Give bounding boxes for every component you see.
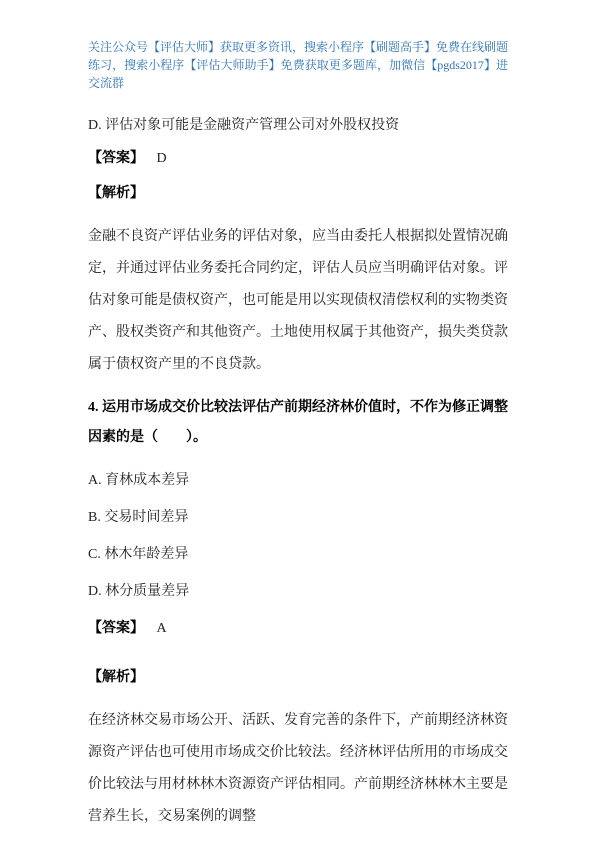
- q3-analysis-text: 金融不良资产评估业务的评估对象，应当由委托人根据拟处置情况确定，并通过评估业务委…: [88, 221, 508, 381]
- q4-analysis-label: 【解析】: [88, 668, 508, 687]
- document-page: 关注公众号【评估大师】获取更多资讯，搜索小程序【刷题高手】免费在线刷题练习，搜索…: [0, 0, 595, 841]
- q4-option-d: D. 林分质量差异: [88, 582, 508, 601]
- promo-notice: 关注公众号【评估大师】获取更多资讯，搜索小程序【刷题高手】免费在线刷题练习，搜索…: [88, 38, 508, 92]
- q4-option-b: B. 交易时间差异: [88, 508, 508, 527]
- q4-options: A. 育林成本差异 B. 交易时间差异 C. 林木年龄差异 D. 林分质量差异: [88, 471, 508, 601]
- q3-answer-value: D: [157, 151, 167, 166]
- q4-answer-label: 【答案】: [88, 621, 144, 636]
- q3-answer-label: 【答案】: [88, 151, 144, 166]
- q4-answer-value: A: [157, 621, 167, 636]
- q3-option-d: D. 评估对象可能是金融资产管理公司对外股权投资: [88, 116, 508, 135]
- q4-stem: 4. 运用市场成交价比较法评估产前期经济林价值时，不作为修正调整因素的是（ ）。: [88, 393, 508, 453]
- q4-answer-row: 【答案】 A: [88, 619, 508, 638]
- q3-analysis-label: 【解析】: [88, 184, 508, 203]
- q3-answer-row: 【答案】 D: [88, 149, 508, 168]
- q4-option-c: C. 林木年龄差异: [88, 545, 508, 564]
- q4-analysis-text: 在经济林交易市场公开、活跃、发育完善的条件下，产前期经济林资源资产评估也可使用市…: [88, 705, 508, 833]
- q4-option-a: A. 育林成本差异: [88, 471, 508, 490]
